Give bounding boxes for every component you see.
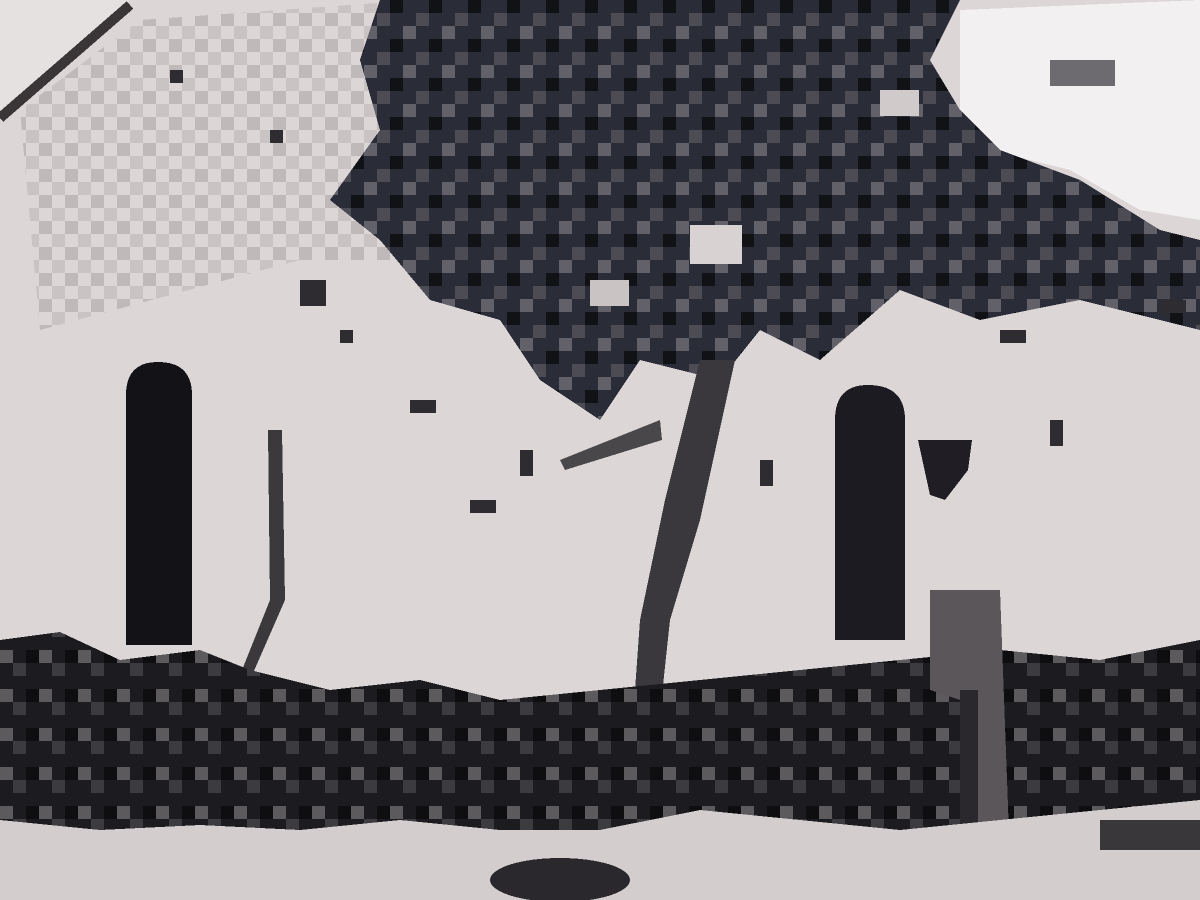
photo-scene: [0, 0, 1200, 900]
canopy-gap: [590, 280, 629, 306]
canopy-gap: [880, 90, 919, 116]
canopy-gap: [1050, 60, 1115, 86]
right-arched-window: [835, 385, 905, 640]
ground-shadow: [1100, 820, 1200, 850]
canopy-gap: [690, 225, 742, 264]
left-arched-window: [126, 362, 192, 645]
ground-shadow: [490, 858, 630, 900]
